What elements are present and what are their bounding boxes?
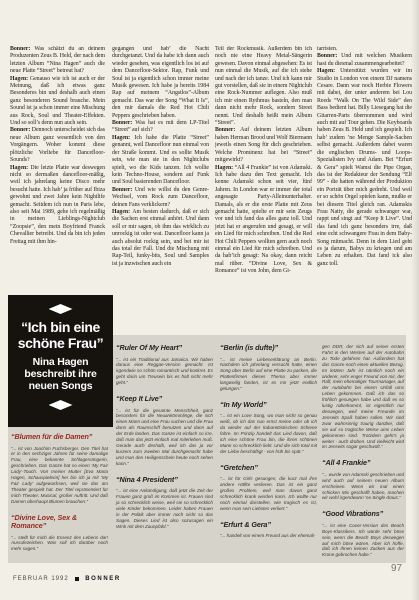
speaker-label: Bonner: — [317, 53, 341, 59]
song-description: “... ist eine Ankündigung, daß jetzt die… — [116, 488, 213, 529]
speaker-label: Bonner: — [10, 46, 34, 52]
speaker-label: Hagen: — [10, 165, 30, 171]
title-quote-line-2: schöne Frau” — [8, 336, 113, 352]
song-title: “Gretchen” — [220, 464, 317, 473]
title-quote-line-1: “Ich bin eine — [8, 320, 113, 336]
interview-paragraph: Bonner: Und wie willst du den Genre-Wech… — [112, 187, 209, 209]
interview-column-2: gegangen und hab’ die Nacht durchgetanzt… — [112, 46, 209, 334]
speaker-label: Hagen: — [112, 135, 134, 141]
diamond-icon — [49, 304, 73, 314]
song-description: “... ist meine Liebeserklärung an Berlin… — [220, 357, 317, 392]
interview-paragraph: tarristen. — [317, 46, 412, 53]
title-quote: “Ich bin eine schöne Frau” — [8, 320, 113, 351]
square-bullet-icon — [75, 577, 80, 582]
speaker-label: Bonner: — [10, 127, 32, 133]
song-title: “Erfurt & Gera” — [220, 521, 317, 530]
song-description: “... wurde von Adamski geschrieben und w… — [322, 472, 404, 502]
interview-paragraph: Bonner: Was hat es mit dem LP-Titel “Str… — [112, 120, 209, 135]
song-title: “Nina 4 President” — [116, 476, 213, 485]
interview-paragraph: Hagen: Unterstützt wurden wir im Studio … — [317, 68, 412, 268]
footer: FEBRUAR 1992 BONNER — [13, 576, 121, 582]
song-title: “Ruler Of My Heart” — [116, 344, 213, 353]
song-description: “... handelt von einem Freund aus der eh… — [220, 533, 317, 539]
song-description: “... ist ein Traditional aus Jamaica. Wi… — [116, 357, 213, 387]
title-subtitle-line-3: neuen Songs — [8, 380, 113, 392]
interview-paragraph: Bonner: Was schätzt du an deinem Produze… — [10, 46, 105, 76]
interview-paragraph: Hagen: Die letzte Platte war deswegen ni… — [10, 165, 105, 246]
title-box: “Ich bin eine schöne Frau” Nina Hagen be… — [8, 295, 113, 427]
songs-column-4: gen DDR, der sich auf seiner ersten Fahr… — [322, 344, 404, 558]
song-description: “... ist für Girls gesungen, die kurz ma… — [220, 476, 317, 511]
speaker-label: Hagen: — [215, 165, 235, 171]
interview-paragraph: gegangen und hab’ die Nacht durchgetanzt… — [112, 46, 209, 120]
interview-column-1: Bonner: Was schätzt du an deinem Produze… — [10, 46, 105, 292]
song-description: “... ist für die gesamte Menschheit, gan… — [116, 408, 213, 467]
song-description: “... ist eine Cover-Version des Beach Bo… — [322, 523, 404, 558]
footer-date: FEBRUAR 1992 — [13, 576, 69, 582]
interview-paragraph: Hagen: Am besten dadurch, daß er sich di… — [112, 209, 209, 268]
interview-paragraph: Hagen: Genauso wie ich ist auch er der M… — [10, 76, 105, 128]
song-title: “Berlin (is dufte)” — [220, 344, 317, 353]
speaker-label: Bonner: — [215, 127, 240, 133]
interview-paragraph: Bonner: Und mit welchen Musikern hast du… — [317, 53, 412, 68]
song-description: “... stellt für mich die Essenz des Lebe… — [11, 535, 108, 553]
song-title: “Keep It Live” — [116, 395, 213, 404]
song-title: “All 4 Frankie” — [322, 459, 404, 468]
song-description: “... ist ein Love Song, wo man nicht so … — [220, 413, 317, 454]
interview-column-3: Teil der Rockmusik. Außerdem bin ich noc… — [215, 46, 312, 334]
title-subtitle-line-1: Nina Hagen — [8, 356, 113, 368]
songs-column-3: “Berlin (is dufte)”“... ist meine Liebes… — [220, 344, 317, 539]
interview-paragraph: Teil der Rockmusik. Außerdem bin ich noc… — [215, 46, 312, 127]
page-number: 97 — [391, 563, 402, 574]
title-subtitle: Nina Hagen beschreibt ihre neuen Songs — [8, 356, 113, 392]
song-title: “In My World” — [220, 401, 317, 410]
interview-paragraph: Bonner: Auf deinem letzten Album haben H… — [215, 127, 312, 164]
songs-column-1: “Blumen für die Damen”“... ist von Joach… — [11, 433, 108, 552]
songs-column-2: “Ruler Of My Heart”“... ist ein Traditio… — [116, 344, 213, 529]
interview-paragraph: Hagen: “All 4 Frankie” ist von Adamski. … — [215, 165, 312, 276]
interview-column-4: tarristen.Bonner: Und mit welchen Musike… — [317, 46, 412, 334]
speaker-label: Hagen: — [112, 209, 132, 215]
song-title: “Good Vibrations” — [322, 510, 404, 519]
speaker-label: Hagen: — [317, 68, 340, 74]
interview-paragraph: Bonner: Dennoch unterscheidet sich das n… — [10, 127, 105, 164]
interview-paragraph: Hagen: Ich habe die Platte “Street” gena… — [112, 135, 209, 187]
song-description: gen DDR, der sich auf seiner ersten Fahr… — [322, 344, 404, 450]
footer-magazine-name: BONNER — [85, 576, 121, 582]
title-subtitle-line-2: beschreibt ihre — [8, 368, 113, 380]
song-title: “Divine Love, Sex & Romance” — [11, 514, 108, 531]
speaker-label: Bonner: — [112, 120, 135, 126]
song-description: “... ist von Joachim Fuchsberger. Den Ti… — [11, 446, 108, 505]
magazine-page: Bonner: Was schätzt du an deinem Produze… — [0, 0, 419, 600]
speaker-label: Bonner: — [112, 187, 135, 193]
diamond-icon — [49, 400, 73, 410]
song-title: “Blumen für die Damen” — [11, 433, 108, 442]
speaker-label: Hagen: — [10, 76, 30, 82]
